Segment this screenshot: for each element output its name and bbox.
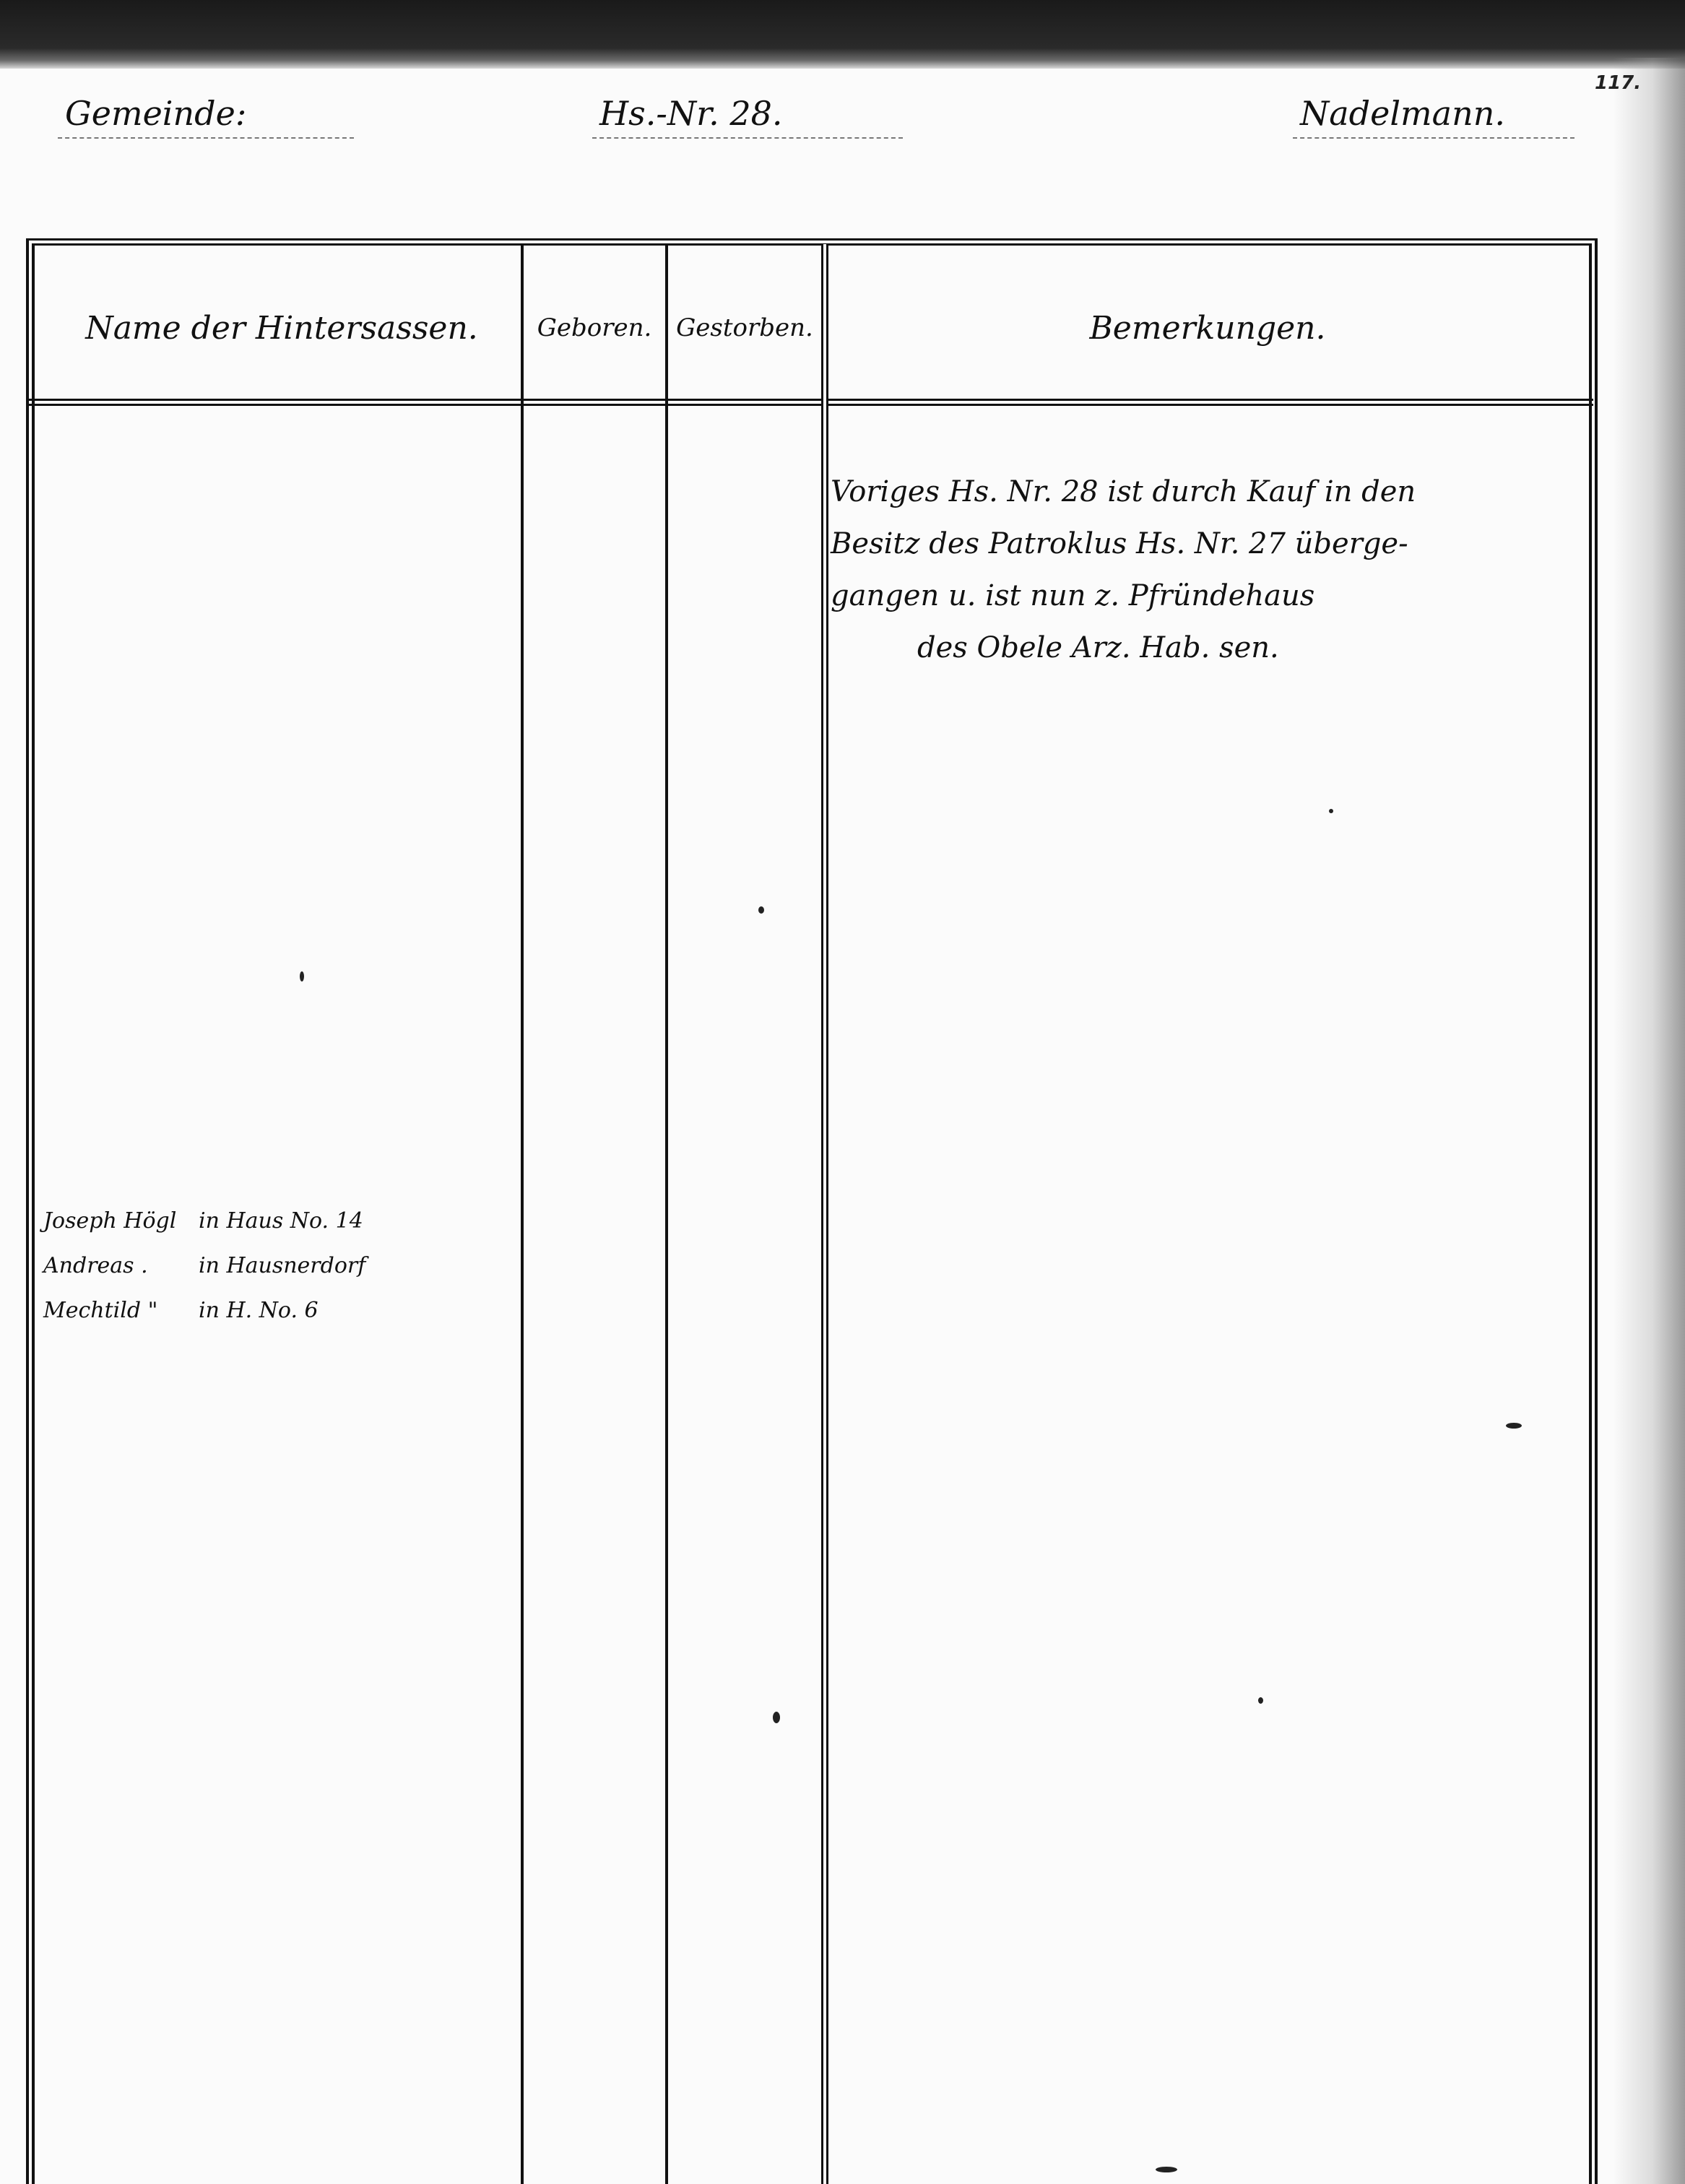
column-header-died: Gestorben. xyxy=(668,260,821,397)
ink-speck xyxy=(1329,809,1333,813)
list-item: Andreas . in Hausnerdorf xyxy=(43,1244,520,1288)
remarks-text: Voriges Hs. Nr. 28 ist durch Kauf in den… xyxy=(831,466,1589,674)
column-header-remarks: Bemerkungen. xyxy=(828,260,1587,397)
scanner-shadow-top xyxy=(0,0,1685,69)
entry-name: Mechtild " xyxy=(43,1288,199,1333)
column-header-born: Geboren. xyxy=(524,260,665,397)
remarks-line: Besitz des Patroklus Hs. Nr. 27 überge- xyxy=(831,518,1589,570)
ink-speck xyxy=(758,906,764,914)
remarks-line: Voriges Hs. Nr. 28 ist durch Kauf in den xyxy=(831,466,1589,518)
remarks-line: gangen u. ist nun z. Pfründehaus xyxy=(831,570,1589,622)
ink-speck xyxy=(1258,1697,1263,1704)
ink-speck xyxy=(1156,2167,1177,2172)
scanner-shadow-right xyxy=(1613,58,1685,2184)
ink-speck xyxy=(773,1712,780,1723)
entry-name: Joseph Högl xyxy=(43,1199,199,1244)
page-number: 117. xyxy=(1595,72,1641,94)
column-header-name: Name der Hintersassen. xyxy=(43,260,520,397)
ink-speck xyxy=(300,971,304,981)
header-owner-name: Nadelmann. xyxy=(1293,94,1574,139)
ink-speck xyxy=(1506,1423,1522,1429)
header-house-number: Hs.-Nr. 28. xyxy=(592,94,903,139)
entry-name: Andreas . xyxy=(43,1244,199,1288)
column-divider xyxy=(521,244,524,2184)
header-gemeinde: Gemeinde: xyxy=(58,94,354,139)
entry-location: in H. No. 6 xyxy=(199,1288,520,1333)
table-header-rule xyxy=(26,399,1593,407)
entry-location: in Hausnerdorf xyxy=(199,1244,520,1288)
column-divider xyxy=(665,244,668,2184)
remarks-line: des Obele Arz. Hab. sen. xyxy=(831,622,1589,674)
entry-location: in Haus No. 14 xyxy=(199,1199,520,1244)
column-divider-double xyxy=(821,244,828,2184)
entries-list: Joseph Högl in Haus No. 14 Andreas . in … xyxy=(43,1199,520,1333)
list-item: Mechtild " in H. No. 6 xyxy=(43,1288,520,1333)
list-item: Joseph Högl in Haus No. 14 xyxy=(43,1199,520,1244)
